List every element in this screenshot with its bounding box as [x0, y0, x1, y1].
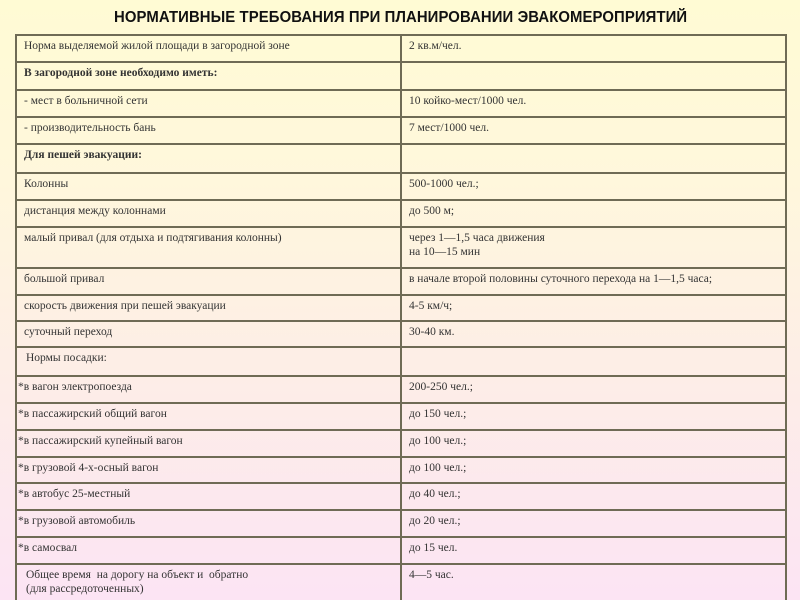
- row-value: до 40 чел.;: [401, 483, 786, 510]
- row-label: суточный переход: [16, 321, 401, 347]
- row-label: *в грузовой 4-х-осный вагон: [16, 457, 401, 483]
- table-row: - мест в больничной сети 10 койко-мест/1…: [16, 90, 786, 117]
- row-value: 500-1000 чел.;: [401, 173, 786, 200]
- row-label: большой привал: [16, 268, 401, 295]
- row-label: - производительность бань: [16, 117, 401, 144]
- row-value: [401, 347, 786, 376]
- norms-table: Норма выделяемой жилой площади в загород…: [15, 34, 787, 600]
- row-value: через 1—1,5 часа движения на 10—15 мин: [401, 227, 786, 268]
- row-label: - мест в больничной сети: [16, 90, 401, 117]
- row-label: Колонны: [16, 173, 401, 200]
- row-label: дистанция между колоннами: [16, 200, 401, 227]
- table-row: *в самосвал до 15 чел.: [16, 537, 786, 564]
- table-row: суточный переход 30-40 км.: [16, 321, 786, 347]
- row-value: 4-5 км/ч;: [401, 295, 786, 321]
- row-label: *в самосвал: [16, 537, 401, 564]
- row-value: в начале второй половины суточного перех…: [401, 268, 786, 295]
- table-row: - производительность бань 7 мест/1000 че…: [16, 117, 786, 144]
- row-label: малый привал (для отдыха и подтягивания …: [16, 227, 401, 268]
- row-value: до 100 чел.;: [401, 430, 786, 457]
- row-value: 200-250 чел.;: [401, 376, 786, 403]
- table-row: *в автобус 25-местный до 40 чел.;: [16, 483, 786, 510]
- table-row: *в пассажирский купейный вагон до 100 че…: [16, 430, 786, 457]
- row-value: до 500 м;: [401, 200, 786, 227]
- row-label: Норма выделяемой жилой площади в загород…: [16, 35, 401, 62]
- row-value: 4—5 час.: [401, 564, 786, 600]
- row-value: до 100 чел.;: [401, 457, 786, 483]
- row-value: 7 мест/1000 чел.: [401, 117, 786, 144]
- row-value: [401, 144, 786, 173]
- row-value-line: через 1—1,5 часа движения: [409, 231, 778, 245]
- table-row-section-header: Для пешей эвакуации:: [16, 144, 786, 173]
- page-title: НОРМАТИВНЫЕ ТРЕБОВАНИЯ ПРИ ПЛАНИРОВАНИИ …: [17, 9, 785, 27]
- row-label: *в вагон электропоезда: [16, 376, 401, 403]
- row-value: 30-40 км.: [401, 321, 786, 347]
- table-row: малый привал (для отдыха и подтягивания …: [16, 227, 786, 268]
- row-label: Общее время на дорогу на объект и обратн…: [16, 564, 401, 600]
- section-header: В загородной зоне необходимо иметь:: [16, 62, 401, 90]
- table-row: *в пассажирский общий вагон до 150 чел.;: [16, 403, 786, 430]
- table-row: большой привал в начале второй половины …: [16, 268, 786, 295]
- section-header: Нормы посадки:: [16, 347, 401, 376]
- row-label-line: (для рассредоточенных): [26, 582, 393, 596]
- row-value: до 20 чел.;: [401, 510, 786, 537]
- row-label: *в пассажирский общий вагон: [16, 403, 401, 430]
- table-row: Общее время на дорогу на объект и обратн…: [16, 564, 786, 600]
- table-row: *в грузовой автомобиль до 20 чел.;: [16, 510, 786, 537]
- row-label: *в пассажирский купейный вагон: [16, 430, 401, 457]
- table-row: Норма выделяемой жилой площади в загород…: [16, 35, 786, 62]
- table-row: скорость движения при пешей эвакуации 4-…: [16, 295, 786, 321]
- row-value: [401, 62, 786, 90]
- table-row-section-header: В загородной зоне необходимо иметь:: [16, 62, 786, 90]
- table-row: дистанция между колоннами до 500 м;: [16, 200, 786, 227]
- row-label-line: Общее время на дорогу на объект и обратн…: [26, 568, 393, 582]
- row-label: *в грузовой автомобиль: [16, 510, 401, 537]
- table-row-section-header: Нормы посадки:: [16, 347, 786, 376]
- row-value: до 150 чел.;: [401, 403, 786, 430]
- table-row: Колонны 500-1000 чел.;: [16, 173, 786, 200]
- row-value: до 15 чел.: [401, 537, 786, 564]
- table-row: *в вагон электропоезда 200-250 чел.;: [16, 376, 786, 403]
- row-value: 10 койко-мест/1000 чел.: [401, 90, 786, 117]
- section-header: Для пешей эвакуации:: [16, 144, 401, 173]
- table-row: *в грузовой 4-х-осный вагон до 100 чел.;: [16, 457, 786, 483]
- row-label: *в автобус 25-местный: [16, 483, 401, 510]
- row-label: скорость движения при пешей эвакуации: [16, 295, 401, 321]
- row-value: 2 кв.м/чел.: [401, 35, 786, 62]
- row-value-line: на 10—15 мин: [409, 245, 778, 259]
